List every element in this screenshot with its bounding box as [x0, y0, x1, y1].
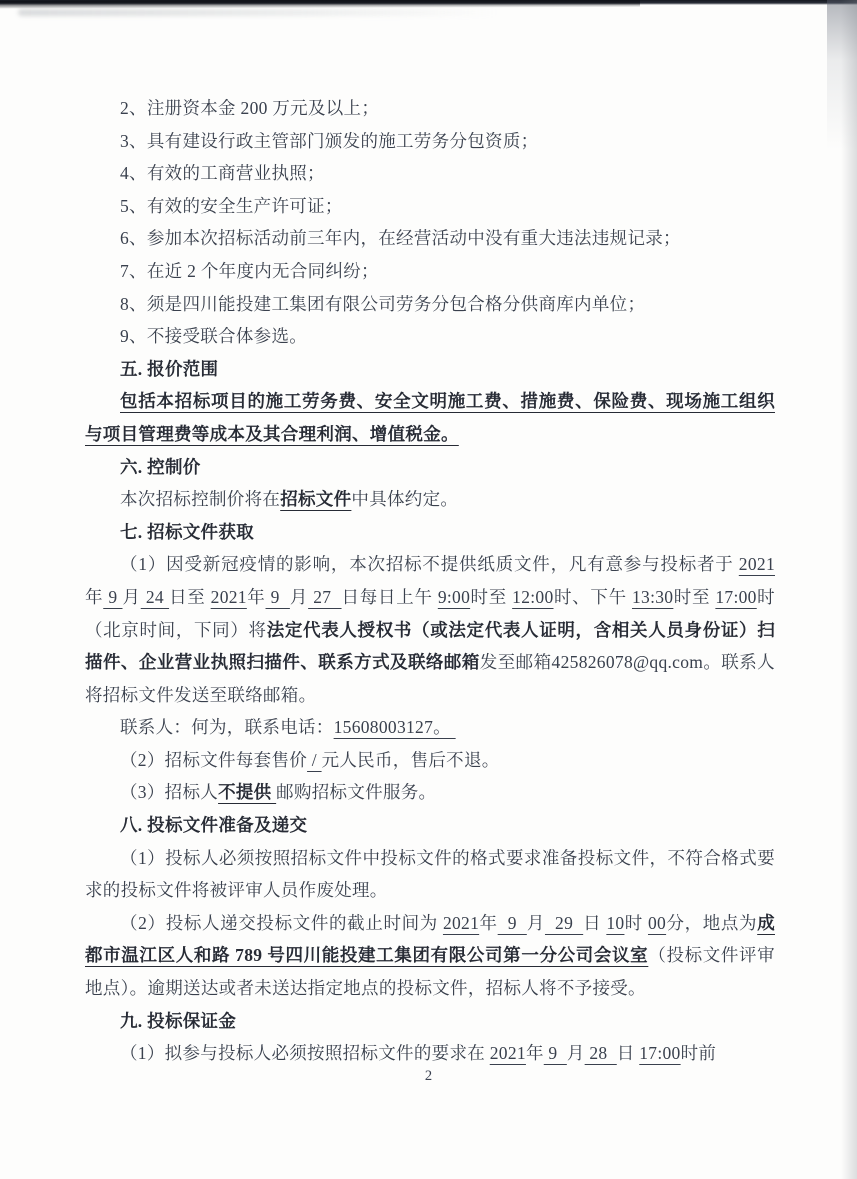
paragraph: （2）投标人递交投标文件的截止时间为 2021年 9 月 29 日 10时 00…	[85, 907, 775, 1005]
text-segment: （1）因受新冠疫情的影响，本次招标不提供纸质文件，凡有意参与投标者于	[120, 554, 739, 574]
paragraph: （1）拟参与投标人必须按照招标文件的要求在 2021年 9 月 28 日 17:…	[85, 1037, 775, 1070]
text-segment: 月	[123, 587, 141, 607]
paragraph: （2）招标文件每套售价 / 元人民币，售后不退。	[85, 744, 775, 777]
scanned-document-page: 2、注册资本金 200 万元及以上；3、具有建设行政主管部门颁发的施工劳务分包资…	[0, 0, 857, 1179]
text-segment: 时至	[673, 587, 715, 607]
text-segment: 月	[527, 913, 545, 933]
paragraph: 9、不接受联合体参选。	[85, 320, 775, 353]
paragraph: 8、须是四川能投建工集团有限公司劳务分包合格分供商库内单位；	[85, 288, 775, 321]
text-segment: 日	[617, 1043, 639, 1063]
text-segment: 年	[526, 1043, 544, 1063]
scan-edge-right	[841, 0, 857, 1179]
paragraph: （1）因受新冠疫情的影响，本次招标不提供纸质文件，凡有意参与投标者于 2021年…	[85, 548, 775, 711]
text-segment: 年	[85, 587, 103, 607]
paragraph: 4、有效的工商营业执照；	[85, 157, 775, 190]
text-segment: 9	[544, 1043, 567, 1063]
text-segment: （2）投标人递交投标文件的截止时间为	[120, 913, 443, 933]
text-segment: 包括本招标项目的施工劳务费、安全文明施工费、措施费、保险费、现场施工组织与项目管…	[85, 391, 775, 444]
text-segment: 2021	[443, 913, 479, 933]
text-segment: 9	[103, 587, 122, 607]
text-segment: 时前	[681, 1043, 717, 1063]
text-segment: 17:00	[715, 587, 756, 607]
text-segment: 招标文件	[280, 489, 351, 509]
text-segment: 12:00	[512, 587, 553, 607]
document-body: 2、注册资本金 200 万元及以上；3、具有建设行政主管部门颁发的施工劳务分包资…	[85, 92, 775, 1070]
text-segment: 不提供	[218, 782, 276, 802]
text-segment: 10	[606, 913, 624, 933]
paragraph: （3）招标人不提供 邮购招标文件服务。	[85, 776, 775, 809]
text-segment: 9	[498, 913, 527, 933]
section-heading: 九. 投标保证金	[85, 1005, 775, 1038]
text-segment: 日每日上午	[342, 587, 438, 607]
text-segment: 8、须是四川能投建工集团有限公司劳务分包合格分供商库内单位；	[120, 294, 645, 314]
text-segment: 分，地点为	[666, 913, 757, 933]
text-segment: （3）招标人	[120, 782, 218, 802]
text-segment: 3、具有建设行政主管部门颁发的施工劳务分包资质；	[120, 131, 538, 151]
text-segment: 6、参加本次招标活动前三年内，在经营活动中没有重大违法违规记录；	[120, 228, 681, 248]
text-segment: 27	[308, 587, 341, 607]
section-heading: 七. 招标文件获取	[85, 516, 775, 549]
text-segment: /	[307, 750, 322, 770]
text-segment: 月	[567, 1043, 585, 1063]
text-segment: 七. 招标文件获取	[120, 522, 254, 542]
paragraph: （1）投标人必须按照招标文件中投标文件的格式要求准备投标文件，不符合格式要求的投…	[85, 842, 775, 907]
paragraph: 2、注册资本金 200 万元及以上；	[85, 92, 775, 125]
paragraph: 包括本招标项目的施工劳务费、安全文明施工费、措施费、保险费、现场施工组织与项目管…	[85, 385, 775, 450]
text-segment: 时	[624, 913, 648, 933]
page-number: 2	[0, 1068, 857, 1085]
paragraph: 6、参加本次招标活动前三年内，在经营活动中没有重大违法违规记录；	[85, 222, 775, 255]
text-segment: 13:30	[632, 587, 673, 607]
text-segment: 年	[479, 913, 498, 933]
paragraph: 7、在近 2 个年度内无合同纠纷；	[85, 255, 775, 288]
text-segment: 时、下午	[554, 587, 632, 607]
text-segment: （1）拟参与投标人必须按照招标文件的要求在	[120, 1043, 490, 1063]
text-segment: 9、不接受联合体参选。	[120, 326, 307, 346]
text-segment: 4、有效的工商营业执照；	[120, 163, 325, 183]
text-segment: 9:00	[438, 587, 470, 607]
text-segment: 五. 报价范围	[120, 359, 218, 379]
text-segment: 29	[545, 913, 583, 933]
text-segment: 00	[648, 913, 666, 933]
section-heading: 八. 投标文件准备及递交	[85, 809, 775, 842]
text-segment: 月	[290, 587, 308, 607]
text-segment: （1）投标人必须按照招标文件中投标文件的格式要求准备投标文件，不符合格式要求的投…	[85, 848, 775, 901]
text-segment: 15608003127。	[334, 717, 456, 737]
text-segment: （2）招标文件每套售价	[120, 750, 307, 770]
text-segment: 九. 投标保证金	[120, 1011, 236, 1031]
text-segment: 联系人：何为，联系电话：	[120, 717, 334, 737]
section-heading: 六. 控制价	[85, 451, 775, 484]
text-segment: 日	[583, 913, 606, 933]
text-segment: 2021	[490, 1043, 526, 1063]
text-segment: 9	[266, 587, 290, 607]
text-segment: 邮购招标文件服务。	[276, 782, 436, 802]
text-segment: 八. 投标文件准备及递交	[120, 815, 307, 835]
text-segment: 六. 控制价	[120, 457, 201, 477]
paragraph: 3、具有建设行政主管部门颁发的施工劳务分包资质；	[85, 125, 775, 158]
text-segment: 24	[141, 587, 169, 607]
text-segment: 2021	[739, 554, 775, 574]
scan-smudge	[18, 9, 498, 16]
text-segment: 2021	[211, 587, 247, 607]
text-segment: 时至	[470, 587, 512, 607]
text-segment: 28	[585, 1043, 617, 1063]
scan-edge-top-left	[0, 0, 640, 9]
paragraph: 联系人：何为，联系电话：15608003127。	[85, 711, 775, 744]
text-segment: 5、有效的安全生产许可证；	[120, 196, 343, 216]
section-heading: 五. 报价范围	[85, 353, 775, 386]
text-segment: 元人民币，售后不退。	[322, 750, 500, 770]
text-segment: 2、注册资本金 200 万元及以上；	[120, 98, 379, 118]
paragraph: 5、有效的安全生产许可证；	[85, 190, 775, 223]
text-segment: 17:00	[639, 1043, 680, 1063]
text-segment: 7、在近 2 个年度内无合同纠纷；	[120, 261, 379, 281]
text-segment: 本次招标控制价将在	[120, 489, 280, 509]
text-segment: 日至	[169, 587, 211, 607]
paragraph: 本次招标控制价将在招标文件中具体约定。	[85, 483, 775, 516]
text-segment: 年	[247, 587, 266, 607]
text-segment: 中具体约定。	[351, 489, 458, 509]
